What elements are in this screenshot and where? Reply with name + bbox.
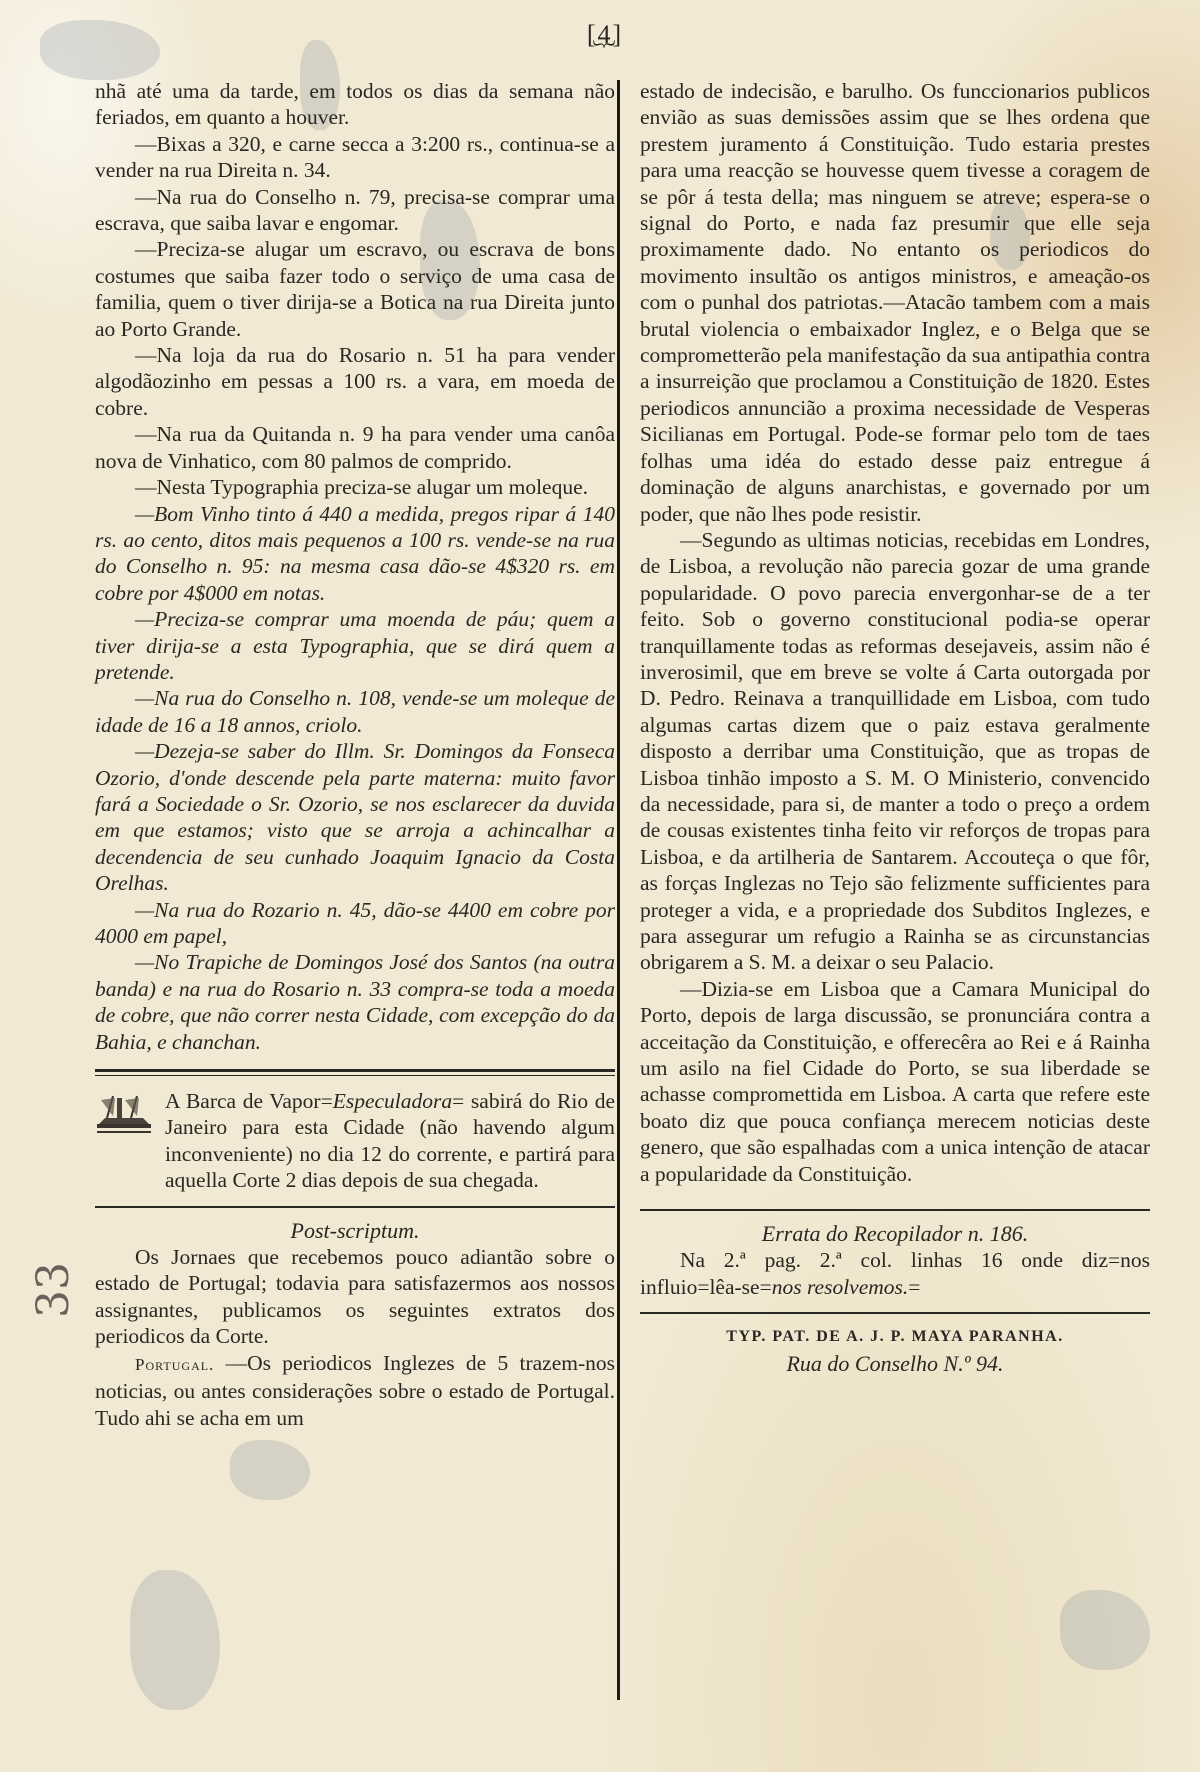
stain: [130, 1570, 220, 1710]
ad-paragraph: —Na rua do Rozario n. 45, dão-se 4400 em…: [95, 897, 615, 950]
ad-paragraph: —Bixas a 320, e carne secca a 3:200 rs.,…: [95, 131, 615, 184]
errata-end: =: [908, 1275, 920, 1299]
news-paragraph: —Segundo as ultimas noticias, recebidas …: [640, 527, 1150, 976]
errata-italic: nos resolvemos.: [772, 1275, 909, 1299]
errata-text: Na 2.ª pag. 2.ª col. linhas 16 onde diz=…: [640, 1247, 1150, 1300]
stain: [230, 1440, 310, 1500]
errata-title: Errata do Recopilador n. 186.: [640, 1221, 1150, 1247]
ad-paragraph: —Na rua da Quitanda n. 9 ha para vender …: [95, 421, 615, 474]
post-scriptum-title: Post-scriptum.: [95, 1218, 615, 1244]
news-paragraph: estado de indecisão, e barulho. Os funcc…: [640, 78, 1150, 527]
section-rule: [640, 1209, 1150, 1211]
ad-paragraph: —Bom Vinho tinto á 440 a medida, pregos …: [95, 501, 615, 607]
ad-paragraph: —Dezeja-se saber do Illm. Sr. Domingos d…: [95, 738, 615, 896]
page-number: [4] ︸: [575, 20, 635, 58]
section-rule: [640, 1312, 1150, 1314]
ad-paragraph: —Preciza-se comprar uma moenda de páu; q…: [95, 606, 615, 685]
news-paragraph: —Dizia-se em Lisboa que a Camara Municip…: [640, 976, 1150, 1187]
steamer-lead: A Barca de Vapor=: [165, 1089, 333, 1113]
imprint-printer: TYP. PAT. DE A. J. P. MAYA PARANHA.: [640, 1324, 1150, 1350]
column-divider: [617, 80, 620, 1700]
portugal-paragraph: Portugal. —Os periodicos Inglezes de 5 t…: [95, 1350, 615, 1431]
ad-paragraph: —Preciza-se alugar um escravo, ou escrav…: [95, 236, 615, 342]
portugal-label: Portugal.: [135, 1355, 214, 1374]
ad-paragraph: —Na loja da rua do Rosario n. 51 ha para…: [95, 342, 615, 421]
steamer-notice: A Barca de Vapor=Especuladora= sabirá do…: [95, 1088, 615, 1194]
right-column: estado de indecisão, e barulho. Os funcc…: [640, 78, 1150, 1377]
imprint: TYP. PAT. DE A. J. P. MAYA PARANHA. Rua …: [640, 1324, 1150, 1377]
imprint-address: Rua do Conselho N.º 94.: [640, 1351, 1150, 1377]
steamship-icon: [95, 1090, 153, 1134]
newspaper-page: [4] ︸ 33 nhã até uma da tarde, em todos …: [0, 0, 1200, 1772]
steamer-ship-name: Especuladora: [333, 1089, 452, 1113]
section-rule: [95, 1069, 615, 1076]
stain: [1060, 1590, 1150, 1670]
stain: [40, 20, 160, 80]
ad-paragraph: —Na rua do Conselho n. 108, vende-se um …: [95, 685, 615, 738]
left-column: nhã até uma da tarde, em todos os dias d…: [95, 78, 615, 1431]
section-rule: [95, 1206, 615, 1208]
post-scriptum-intro: Os Jornaes que recebemos pouco adiantão …: [95, 1244, 615, 1350]
margin-annotation: 33: [28, 1262, 79, 1318]
ad-paragraph: —Nesta Typographia preciza-se alugar um …: [95, 474, 615, 500]
ad-paragraph: —No Trapiche de Domingos José dos Santos…: [95, 949, 615, 1055]
steamer-trail: =: [452, 1089, 464, 1113]
ad-paragraph: —Na rua do Conselho n. 79, precisa-se co…: [95, 184, 615, 237]
decorative-brace-icon: ︸: [575, 48, 635, 58]
ad-paragraph: nhã até uma da tarde, em todos os dias d…: [95, 78, 615, 131]
